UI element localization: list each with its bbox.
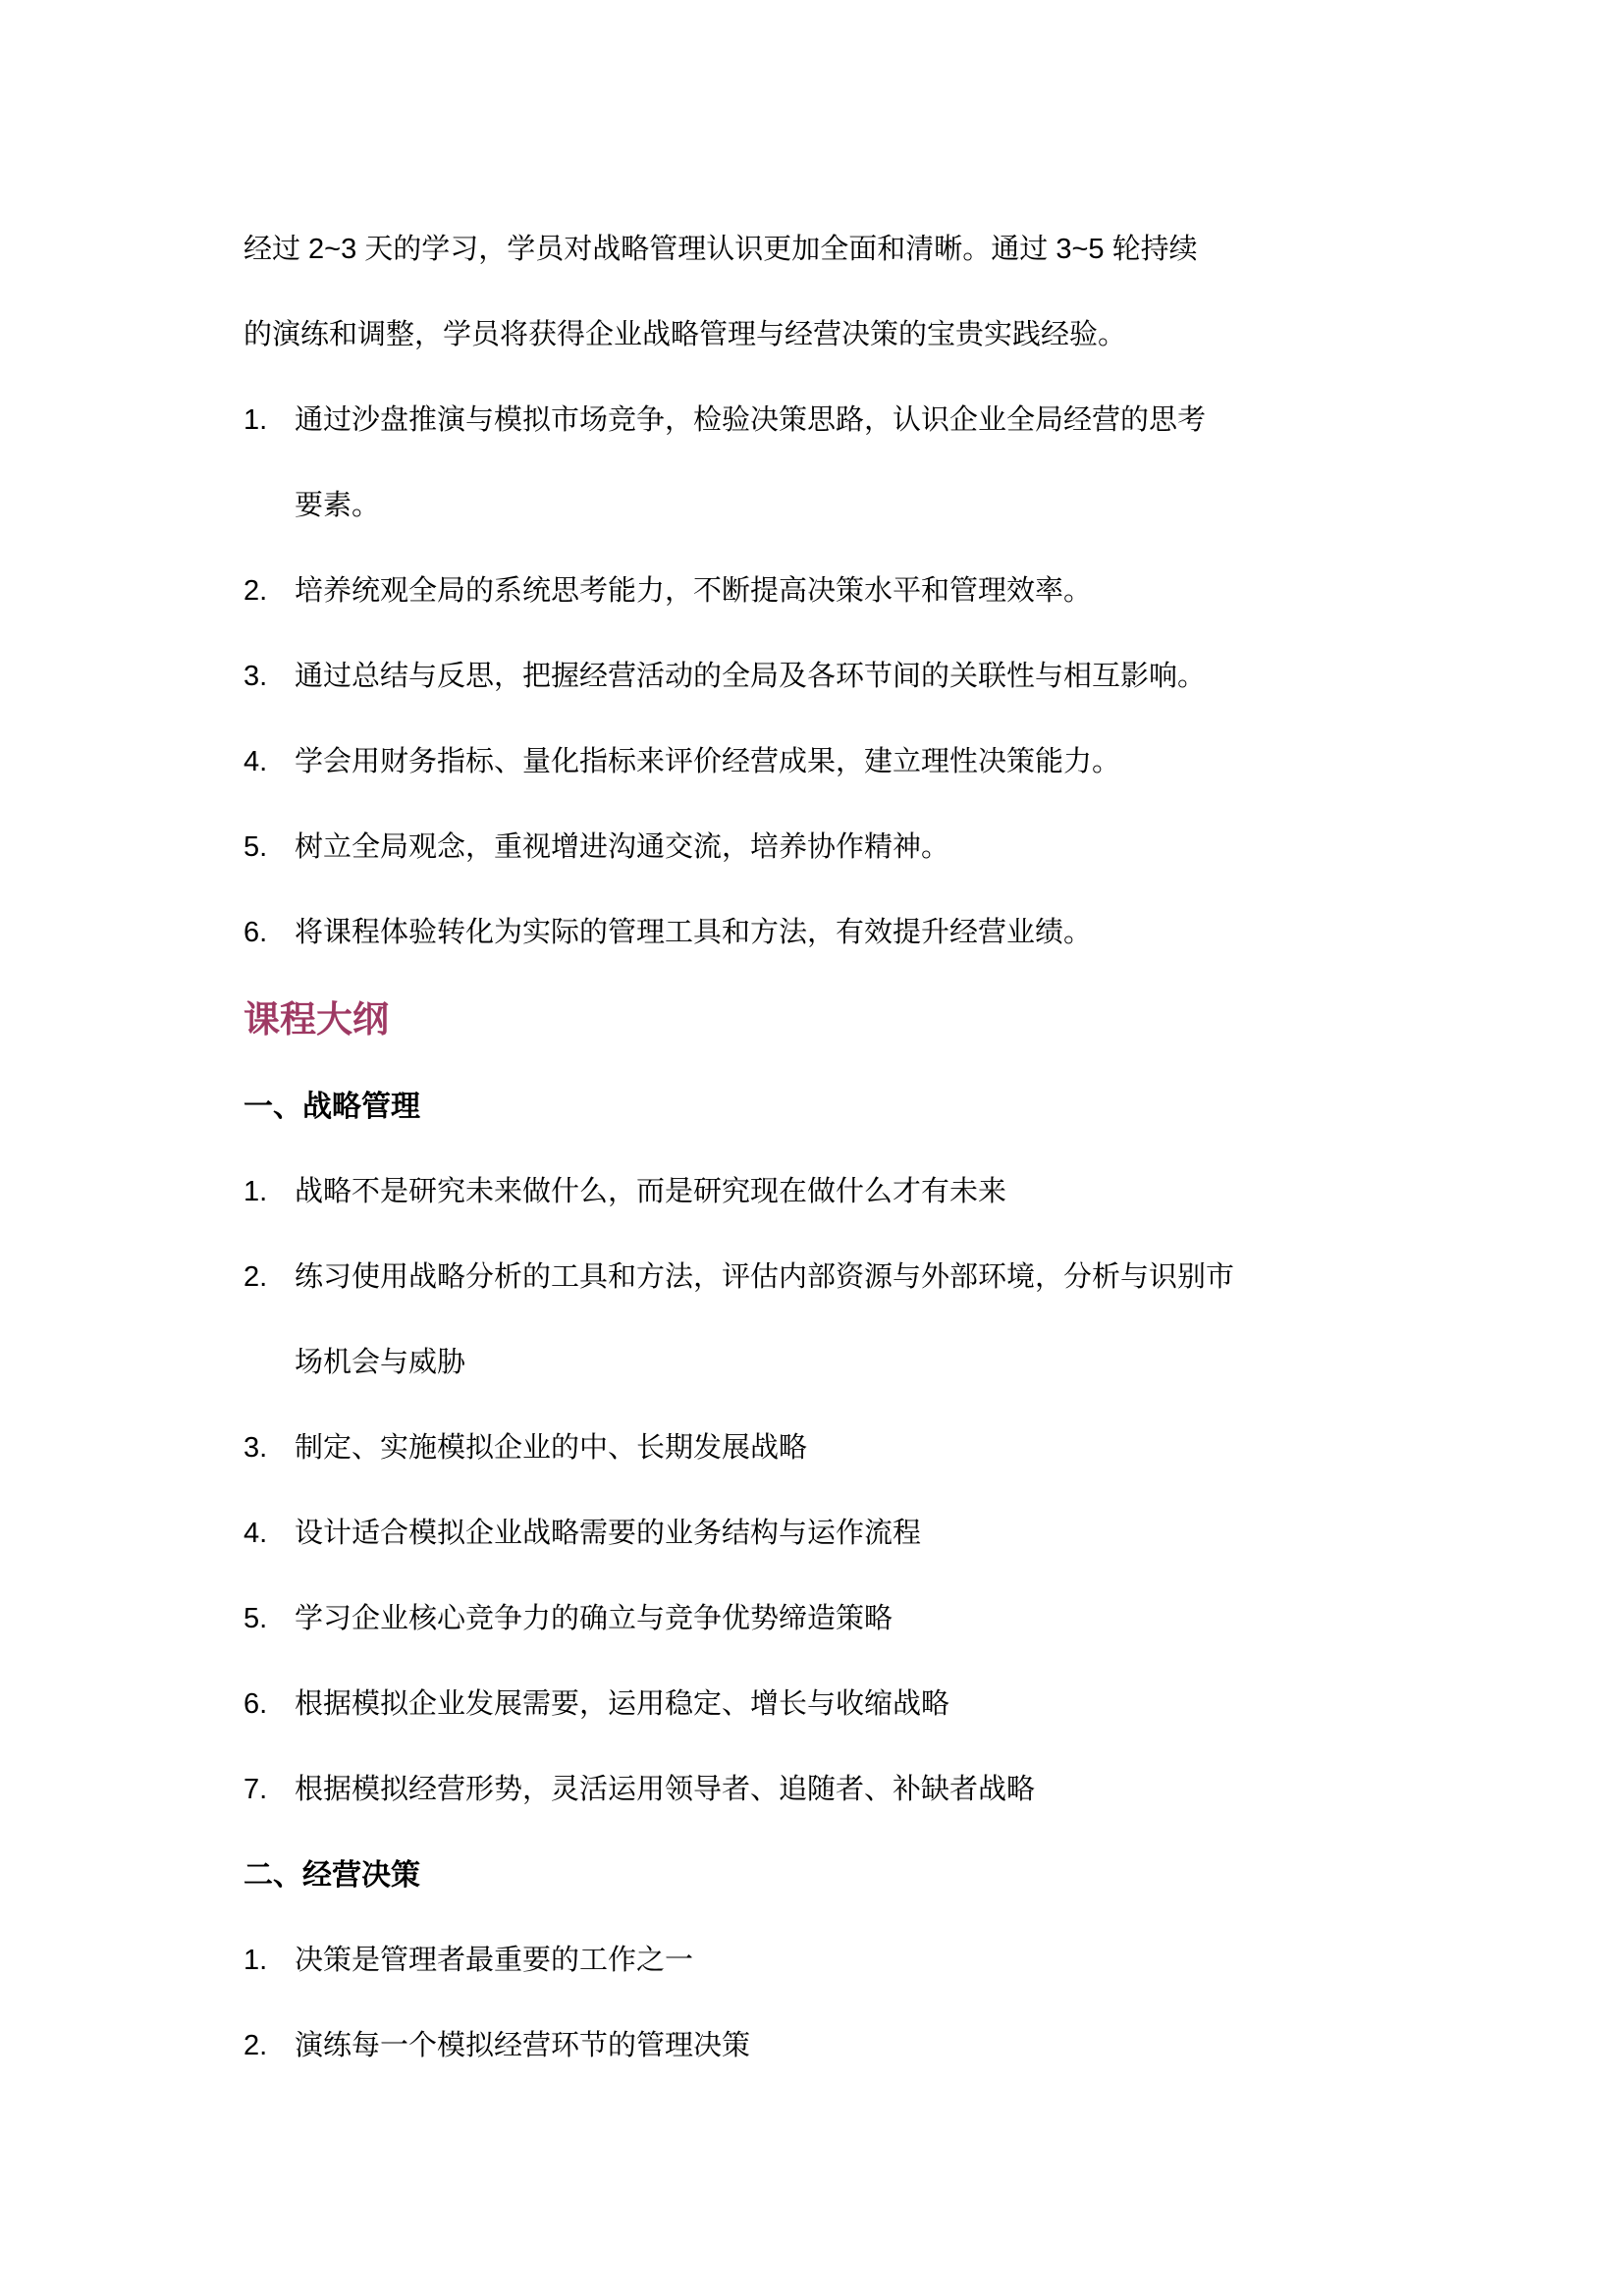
list-item: 2.演练每一个模拟经营环节的管理决策 xyxy=(244,2003,1477,2089)
item-text-line: 练习使用战略分析的工具和方法，评估内部资源与外部环境，分析与识别市 xyxy=(295,1235,1477,1320)
list-item: 3.制定、实施模拟企业的中、长期发展战略 xyxy=(244,1406,1477,1491)
list-item: 1.通过沙盘推演与模拟市场竞争，检验决策思路，认识企业全局经营的思考要素。 xyxy=(244,378,1477,549)
item-number: 3. xyxy=(244,634,295,720)
item-text: 制定、实施模拟企业的中、长期发展战略 xyxy=(295,1406,1477,1491)
item-text-line: 要素。 xyxy=(295,463,1477,549)
item-number: 1. xyxy=(244,378,295,463)
list-item: 5.学习企业核心竞争力的确立与竞争优势缔造策略 xyxy=(244,1576,1477,1662)
item-text: 根据模拟企业发展需要，运用稳定、增长与收缩战略 xyxy=(295,1662,1477,1747)
item-text-line: 根据模拟企业发展需要，运用稳定、增长与收缩战略 xyxy=(295,1662,1477,1747)
item-number: 2. xyxy=(244,549,295,634)
item-number: 5. xyxy=(244,805,295,890)
item-text: 练习使用战略分析的工具和方法，评估内部资源与外部环境，分析与识别市场机会与威胁 xyxy=(295,1235,1477,1406)
item-text-line: 根据模拟经营形势，灵活运用领导者、追随者、补缺者战略 xyxy=(295,1747,1477,1833)
intro-line: 的演练和调整，学员将获得企业战略管理与经营决策的宝贵实践经验。 xyxy=(244,293,1477,378)
item-number: 1. xyxy=(244,1149,295,1235)
item-number: 2. xyxy=(244,2003,295,2089)
item-text: 培养统观全局的系统思考能力，不断提高决策水平和管理效率。 xyxy=(295,549,1477,634)
item-text: 根据模拟经营形势，灵活运用领导者、追随者、补缺者战略 xyxy=(295,1747,1477,1833)
item-number: 6. xyxy=(244,1662,295,1747)
item-text-line: 树立全局观念，重视增进沟通交流，培养协作精神。 xyxy=(295,805,1477,890)
list-item: 4.设计适合模拟企业战略需要的业务结构与运作流程 xyxy=(244,1491,1477,1576)
item-text-line: 决策是管理者最重要的工作之一 xyxy=(295,1918,1477,2003)
intro-paragraph: 经过 2~3 天的学习，学员对战略管理认识更加全面和清晰。通过 3~5 轮持续的… xyxy=(244,207,1477,378)
benefits-list: 1.通过沙盘推演与模拟市场竞争，检验决策思路，认识企业全局经营的思考要素。2.培… xyxy=(244,378,1477,976)
section-list: 1.决策是管理者最重要的工作之一2.演练每一个模拟经营环节的管理决策 xyxy=(244,1918,1477,2089)
list-item: 4.学会用财务指标、量化指标来评价经营成果，建立理性决策能力。 xyxy=(244,720,1477,805)
item-number: 5. xyxy=(244,1576,295,1662)
section-title: 二、经营决策 xyxy=(244,1833,1477,1918)
item-text-line: 学会用财务指标、量化指标来评价经营成果，建立理性决策能力。 xyxy=(295,720,1477,805)
item-text: 决策是管理者最重要的工作之一 xyxy=(295,1918,1477,2003)
list-item: 2.培养统观全局的系统思考能力，不断提高决策水平和管理效率。 xyxy=(244,549,1477,634)
list-item: 1.决策是管理者最重要的工作之一 xyxy=(244,1918,1477,2003)
item-number: 4. xyxy=(244,720,295,805)
list-item: 1.战略不是研究未来做什么，而是研究现在做什么才有未来 xyxy=(244,1149,1477,1235)
item-text-line: 演练每一个模拟经营环节的管理决策 xyxy=(295,2003,1477,2089)
item-text: 通过总结与反思，把握经营活动的全局及各环节间的关联性与相互影响。 xyxy=(295,634,1477,720)
item-text-line: 学习企业核心竞争力的确立与竞争优势缔造策略 xyxy=(295,1576,1477,1662)
item-text: 学习企业核心竞争力的确立与竞争优势缔造策略 xyxy=(295,1576,1477,1662)
outline-sections: 一、战略管理1.战略不是研究未来做什么，而是研究现在做什么才有未来2.练习使用战… xyxy=(244,1064,1477,2089)
item-text: 演练每一个模拟经营环节的管理决策 xyxy=(295,2003,1477,2089)
list-item: 5.树立全局观念，重视增进沟通交流，培养协作精神。 xyxy=(244,805,1477,890)
section-list: 1.战略不是研究未来做什么，而是研究现在做什么才有未来2.练习使用战略分析的工具… xyxy=(244,1149,1477,1833)
item-text: 设计适合模拟企业战略需要的业务结构与运作流程 xyxy=(295,1491,1477,1576)
item-text-line: 通过沙盘推演与模拟市场竞争，检验决策思路，认识企业全局经营的思考 xyxy=(295,378,1477,463)
item-number: 1. xyxy=(244,1918,295,2003)
list-item: 6.根据模拟企业发展需要，运用稳定、增长与收缩战略 xyxy=(244,1662,1477,1747)
item-number: 2. xyxy=(244,1235,295,1320)
list-item: 2.练习使用战略分析的工具和方法，评估内部资源与外部环境，分析与识别市场机会与威… xyxy=(244,1235,1477,1406)
section-title: 一、战略管理 xyxy=(244,1064,1477,1149)
list-item: 6.将课程体验转化为实际的管理工具和方法，有效提升经营业绩。 xyxy=(244,890,1477,976)
item-text-line: 设计适合模拟企业战略需要的业务结构与运作流程 xyxy=(295,1491,1477,1576)
item-text-line: 通过总结与反思，把握经营活动的全局及各环节间的关联性与相互影响。 xyxy=(295,634,1477,720)
item-text-line: 战略不是研究未来做什么，而是研究现在做什么才有未来 xyxy=(295,1149,1477,1235)
item-text-line: 制定、实施模拟企业的中、长期发展战略 xyxy=(295,1406,1477,1491)
document-page: 经过 2~3 天的学习，学员对战略管理认识更加全面和清晰。通过 3~5 轮持续的… xyxy=(0,0,1624,2296)
item-text: 通过沙盘推演与模拟市场竞争，检验决策思路，认识企业全局经营的思考要素。 xyxy=(295,378,1477,549)
item-number: 3. xyxy=(244,1406,295,1491)
item-text: 树立全局观念，重视增进沟通交流，培养协作精神。 xyxy=(295,805,1477,890)
item-text: 战略不是研究未来做什么，而是研究现在做什么才有未来 xyxy=(295,1149,1477,1235)
item-text: 学会用财务指标、量化指标来评价经营成果，建立理性决策能力。 xyxy=(295,720,1477,805)
item-text-line: 场机会与威胁 xyxy=(295,1320,1477,1406)
item-text-line: 将课程体验转化为实际的管理工具和方法，有效提升经营业绩。 xyxy=(295,890,1477,976)
item-number: 7. xyxy=(244,1747,295,1833)
item-text-line: 培养统观全局的系统思考能力，不断提高决策水平和管理效率。 xyxy=(295,549,1477,634)
outline-heading: 课程大纲 xyxy=(244,976,1477,1064)
item-number: 4. xyxy=(244,1491,295,1576)
list-item: 3.通过总结与反思，把握经营活动的全局及各环节间的关联性与相互影响。 xyxy=(244,634,1477,720)
intro-line: 经过 2~3 天的学习，学员对战略管理认识更加全面和清晰。通过 3~5 轮持续 xyxy=(244,207,1477,293)
list-item: 7.根据模拟经营形势，灵活运用领导者、追随者、补缺者战略 xyxy=(244,1747,1477,1833)
item-text: 将课程体验转化为实际的管理工具和方法，有效提升经营业绩。 xyxy=(295,890,1477,976)
item-number: 6. xyxy=(244,890,295,976)
